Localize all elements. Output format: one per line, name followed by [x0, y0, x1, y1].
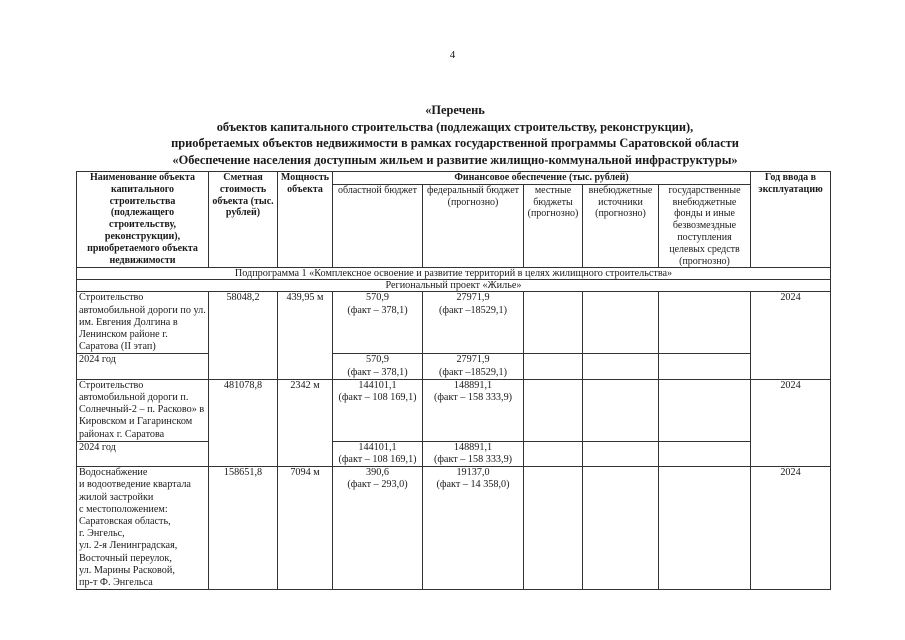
year-cell: 2024 — [751, 292, 831, 379]
object-name-line: Восточный переулок, — [79, 553, 206, 565]
local-budget-cell — [524, 467, 583, 590]
object-name-line: ул. 2-я Ленинградская, — [79, 540, 206, 552]
object-name-line: жилой застройки — [79, 492, 206, 504]
header-federal-budget: федеральный бюджет (прогнозно) — [423, 184, 524, 268]
regional-value: 570,9 — [335, 354, 420, 366]
extrabudget-cell — [583, 467, 659, 590]
extrabudget-cell — [583, 441, 659, 466]
object-cost: 158651,8 — [209, 467, 278, 590]
regional-value: 144101,1 — [335, 442, 420, 454]
object-name-line: Водоснабжение — [79, 467, 206, 479]
year-cell: 2024 — [751, 467, 831, 590]
regional-fact: (факт – 108 169,1) — [335, 454, 420, 466]
header-state-funds: государственные внебюджетные фонды и ины… — [659, 184, 751, 268]
title-line: приобретаемых объектов недвижимости в ра… — [60, 135, 850, 152]
local-budget-cell — [524, 292, 583, 354]
object-name-line: г. Энгельс, — [79, 528, 206, 540]
regional-fact: (факт – 378,1) — [335, 305, 420, 317]
regional-budget-cell: 570,9 (факт – 378,1) — [333, 292, 423, 354]
federal-value: 148891,1 — [425, 442, 521, 454]
page-number: 4 — [0, 49, 905, 61]
title-line: объектов капитального строительства (под… — [60, 119, 850, 136]
regional-value: 570,9 — [335, 292, 420, 304]
regional-fact: (факт – 378,1) — [335, 367, 420, 379]
year-label: 2024 год — [77, 354, 209, 379]
federal-fact: (факт – 14 358,0) — [425, 479, 521, 491]
object-capacity: 7094 м — [278, 467, 333, 590]
header-cost: Сметная стоимость объекта (тыс. рублей) — [209, 172, 278, 268]
header-local-budgets: местные бюджеты (прогнозно) — [524, 184, 583, 268]
regional-budget-cell: 144101,1 (факт – 108 169,1) — [333, 441, 423, 466]
state-funds-cell — [659, 441, 751, 466]
table-row: Водоснабжение и водоотведение квартала ж… — [77, 467, 831, 590]
local-budget-cell — [524, 379, 583, 441]
federal-fact: (факт –18529,1) — [425, 367, 521, 379]
federal-value: 27971,9 — [425, 354, 521, 366]
object-name: Водоснабжение и водоотведение квартала ж… — [77, 467, 209, 590]
table-subrow: 2024 год 144101,1 (факт – 108 169,1) 148… — [77, 441, 831, 466]
federal-fact: (факт –18529,1) — [425, 305, 521, 317]
header-name: Наименование объекта капитального строит… — [77, 172, 209, 268]
table-subrow: 2024 год 570,9 (факт – 378,1) 27971,9 (ф… — [77, 354, 831, 379]
federal-fact: (факт – 158 333,9) — [425, 392, 521, 404]
state-funds-cell — [659, 379, 751, 441]
object-capacity: 439,95 м — [278, 292, 333, 379]
regional-budget-cell: 144101,1 (факт – 108 169,1) — [333, 379, 423, 441]
extrabudget-cell — [583, 292, 659, 354]
federal-value: 148891,1 — [425, 380, 521, 392]
extrabudget-cell — [583, 354, 659, 379]
regional-fact: (факт – 108 169,1) — [335, 392, 420, 404]
header-year: Год ввода в эксплуатацию — [751, 172, 831, 268]
federal-budget-cell: 27971,9 (факт –18529,1) — [423, 354, 524, 379]
objects-table: Наименование объекта капитального строит… — [76, 171, 831, 590]
regional-budget-cell: 390,6 (факт – 293,0) — [333, 467, 423, 590]
federal-fact: (факт – 158 333,9) — [425, 454, 521, 466]
object-name-line: пр-т Ф. Энгельса — [79, 577, 206, 589]
object-name: Строительство автомобильной дороги по ул… — [77, 292, 209, 354]
title-line: «Обеспечение населения доступным жильем … — [60, 152, 850, 169]
federal-value: 19137,0 — [425, 467, 521, 479]
federal-value: 27971,9 — [425, 292, 521, 304]
object-name-line: и водоотведение квартала — [79, 479, 206, 491]
federal-budget-cell: 19137,0 (факт – 14 358,0) — [423, 467, 524, 590]
regional-value: 390,6 — [335, 467, 420, 479]
regional-budget-cell: 570,9 (факт – 378,1) — [333, 354, 423, 379]
object-name-line: ул. Марины Расковой, — [79, 565, 206, 577]
local-budget-cell — [524, 441, 583, 466]
year-cell: 2024 — [751, 379, 831, 466]
document-title: «Перечень объектов капитального строител… — [60, 102, 850, 168]
federal-budget-cell: 148891,1 (факт – 158 333,9) — [423, 379, 524, 441]
table-row: Строительство автомобильной дороги по ул… — [77, 292, 831, 354]
regional-fact: (факт – 293,0) — [335, 479, 420, 491]
federal-budget-cell: 27971,9 (факт –18529,1) — [423, 292, 524, 354]
federal-budget-cell: 148891,1 (факт – 158 333,9) — [423, 441, 524, 466]
object-cost: 481078,8 — [209, 379, 278, 466]
object-name-line: Саратовская область, — [79, 516, 206, 528]
header-capacity: Мощность объекта — [278, 172, 333, 268]
year-label: 2024 год — [77, 441, 209, 466]
table-row: Строительство автомобильной дороги п. Со… — [77, 379, 831, 441]
state-funds-cell — [659, 354, 751, 379]
header-financing: Финансовое обеспечение (тыс. рублей) — [333, 172, 751, 185]
regional-value: 144101,1 — [335, 380, 420, 392]
header-extrabudget-sources: внебюджетные источники (прогнозно) — [583, 184, 659, 268]
project-row: Региональный проект «Жилье» — [77, 280, 831, 292]
object-name-line: с местоположением: — [79, 504, 206, 516]
header-regional-budget: областной бюджет — [333, 184, 423, 268]
object-capacity: 2342 м — [278, 379, 333, 466]
state-funds-cell — [659, 292, 751, 354]
object-cost: 58048,2 — [209, 292, 278, 379]
title-line: «Перечень — [60, 102, 850, 119]
local-budget-cell — [524, 354, 583, 379]
extrabudget-cell — [583, 379, 659, 441]
state-funds-cell — [659, 467, 751, 590]
subprogram-row: Подпрограмма 1 «Комплексное освоение и р… — [77, 268, 831, 280]
object-name: Строительство автомобильной дороги п. Со… — [77, 379, 209, 441]
